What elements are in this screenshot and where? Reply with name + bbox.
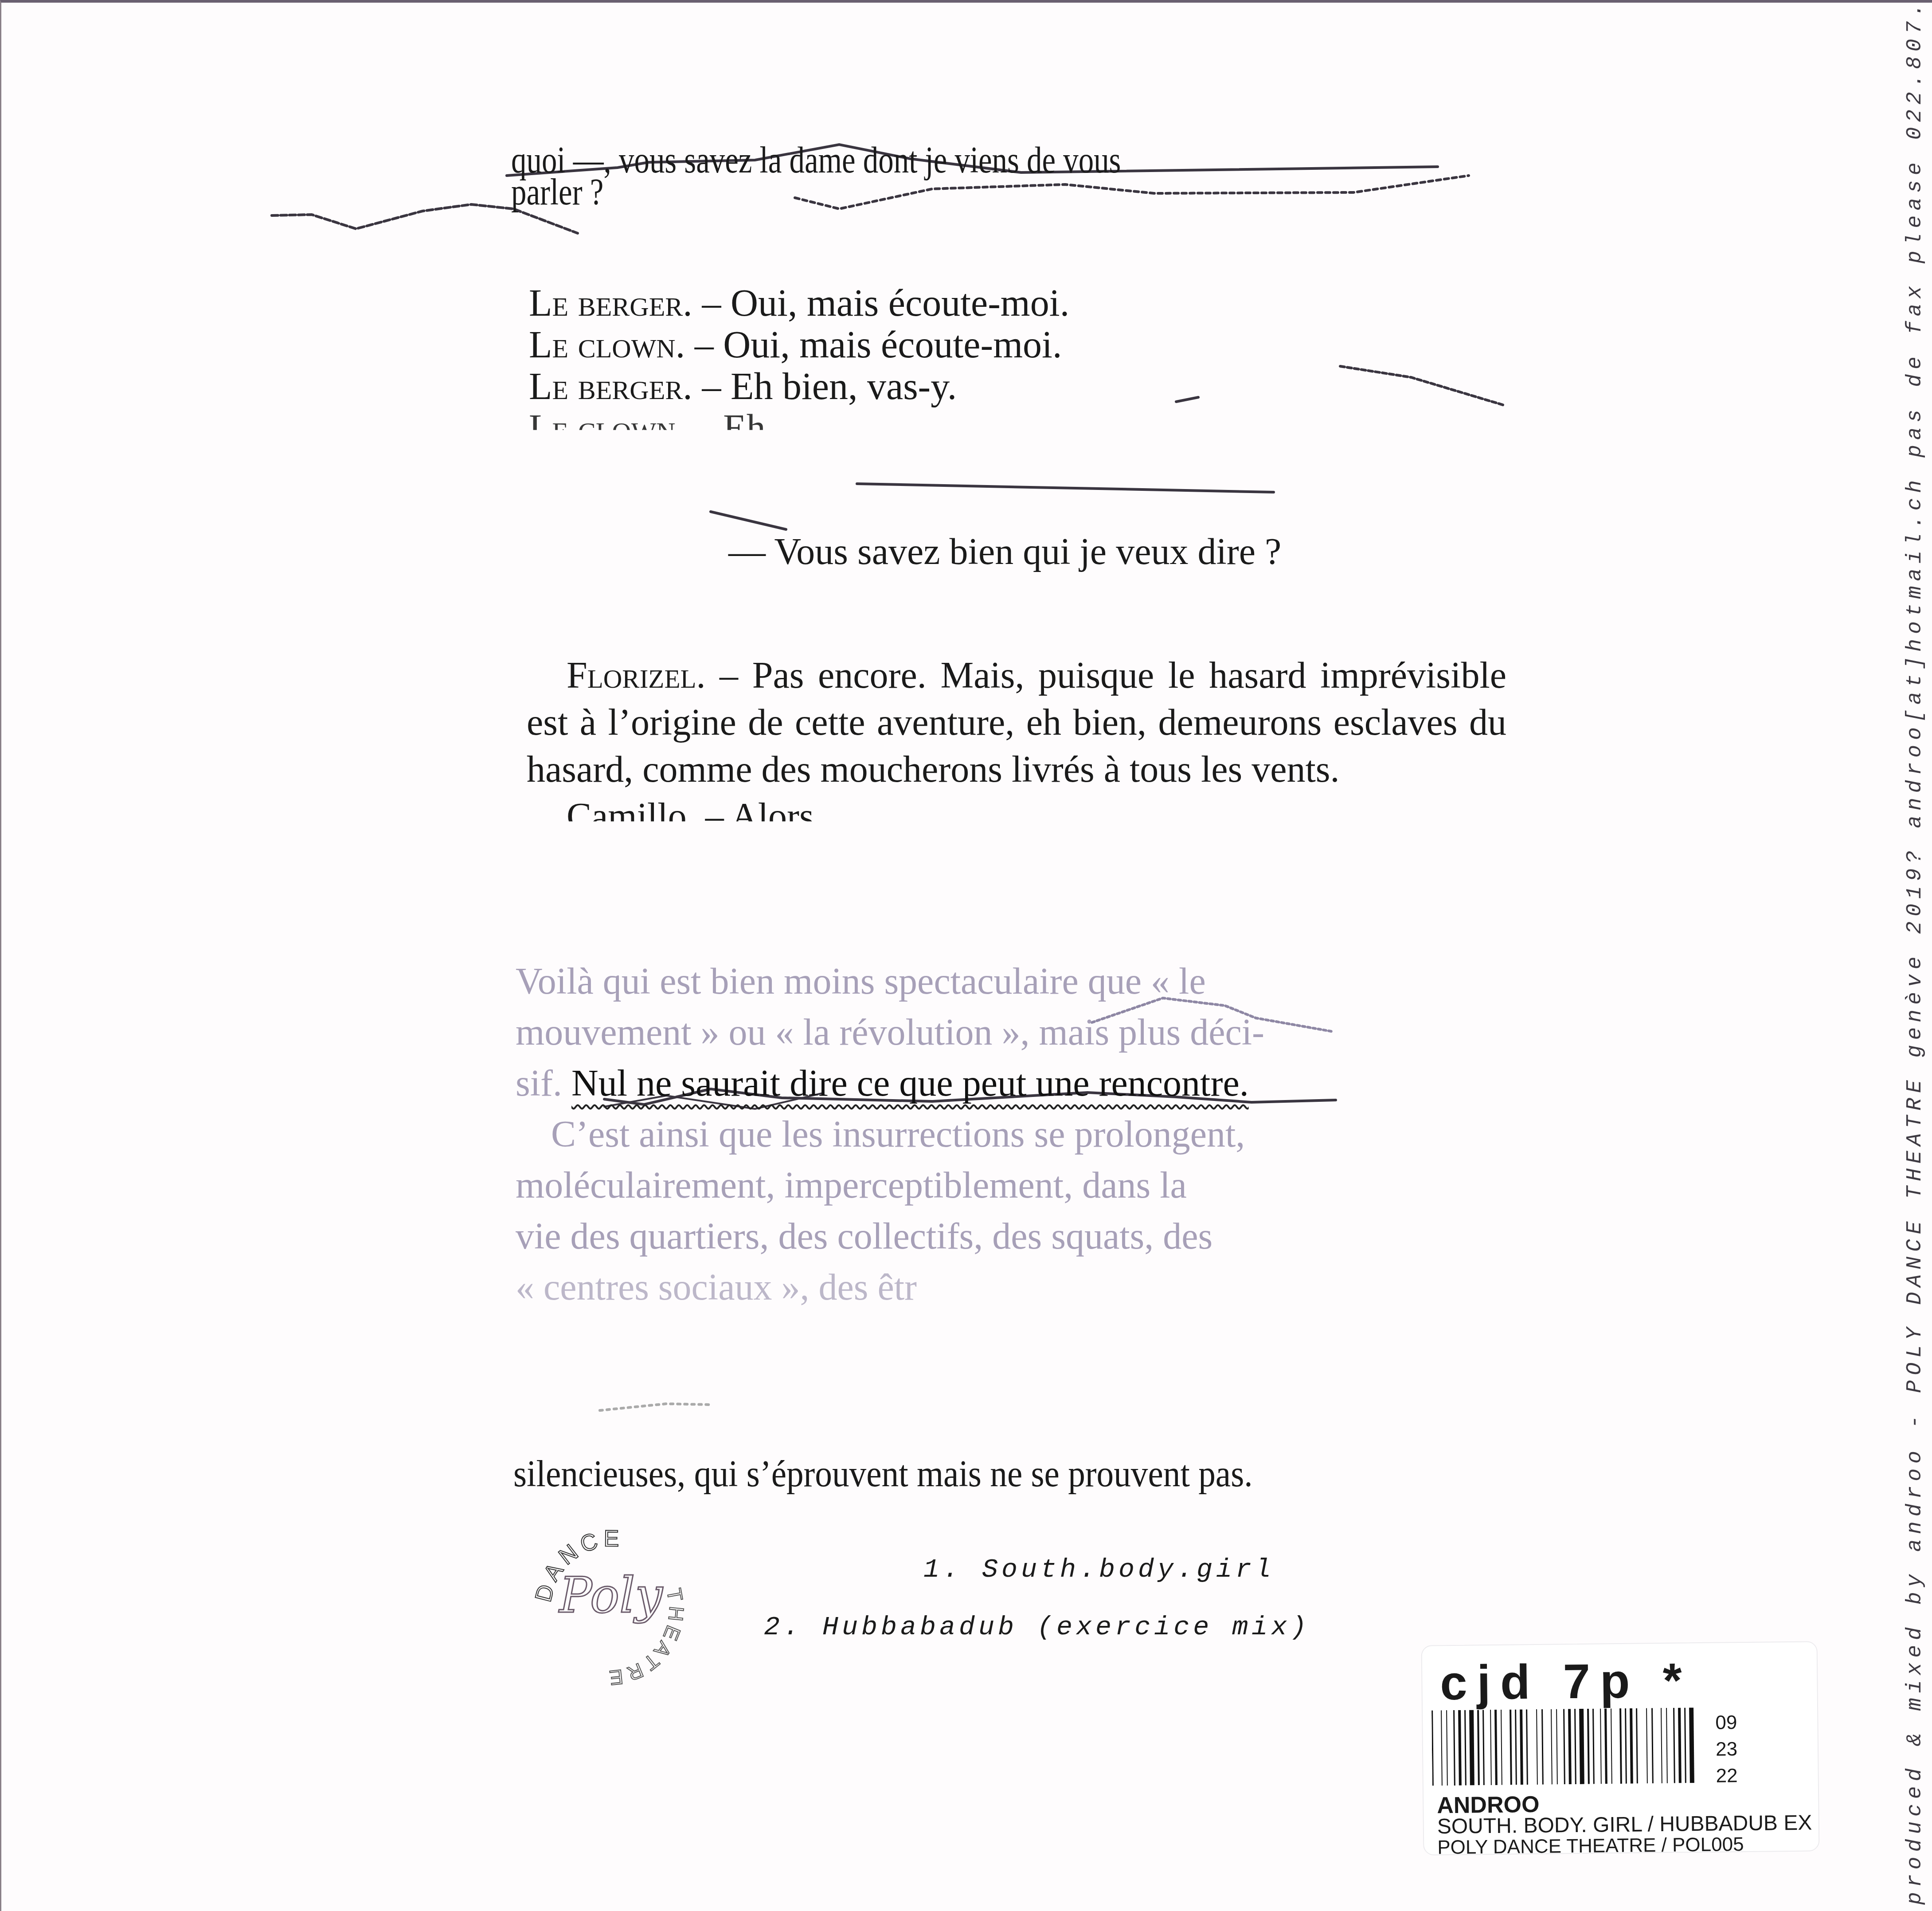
dialogue-fragment: Le berger. – Oui, mais écoute-moi. Le cl… bbox=[529, 282, 1069, 449]
poly-dance-theatre-logo: DANCE THEATRE Poly bbox=[520, 1501, 706, 1688]
logo-center: Poly bbox=[558, 1567, 663, 1624]
sticker-label-catalog: POLY DANCE THEATRE / POL005 bbox=[1437, 1833, 1744, 1859]
florizel-speaker: Florizel. bbox=[567, 655, 705, 696]
dialogue-row: Le clown. – Oui, mais écoute-moi. bbox=[529, 324, 1069, 365]
sticker-numbers: 09 23 22 bbox=[1715, 1709, 1738, 1790]
fragment-1-line-2: parler ? bbox=[511, 176, 1121, 208]
dialogue-row: Le berger. – Oui, mais écoute-moi. bbox=[529, 282, 1069, 324]
highlighted-sentence: Nul ne saurait dire ce que peut une renc… bbox=[571, 1063, 1249, 1104]
store-sticker: cjd 7p * 09 23 22 ANDROO SOUTH. BODY. GI… bbox=[1421, 1641, 1820, 1855]
florizel-paragraph: Florizel. – Pas encore. Mais, puisque le… bbox=[527, 652, 1506, 840]
record-sleeve-back: quoi —, vous savez la dame dont je viens… bbox=[0, 0, 1932, 1911]
faded-text-block: Voilà qui est bien moins spectaculaire q… bbox=[516, 956, 1336, 1313]
dialogue-row: Le berger. – Eh bien, vas-y. bbox=[529, 365, 1069, 407]
spine-credits: produced & mixed by androo - POLY DANCE … bbox=[1903, 0, 1927, 1905]
track-item: 2. Hubbabadub (exercice mix) bbox=[764, 1599, 1310, 1656]
tracklist: 1. South.body.girl 2. Hubbabadub (exerci… bbox=[764, 1541, 1310, 1656]
barcode bbox=[1431, 1707, 1698, 1786]
text-fragment-question: — Vous savez bien qui je veux dire ? bbox=[728, 530, 1281, 573]
florizel-cut-line: Camillo. – Alors... bbox=[567, 793, 1506, 840]
track-item: 1. South.body.girl bbox=[923, 1541, 1310, 1599]
text-fragment-1: quoi —, vous savez la dame dont je viens… bbox=[511, 145, 1121, 208]
sticker-code: cjd 7p * bbox=[1440, 1652, 1692, 1711]
text-fragment-last: silencieuses, qui s’éprouvent mais ne se… bbox=[513, 1453, 1253, 1496]
dialogue-row-cut: Le clown. – Eh... bbox=[529, 407, 1069, 449]
